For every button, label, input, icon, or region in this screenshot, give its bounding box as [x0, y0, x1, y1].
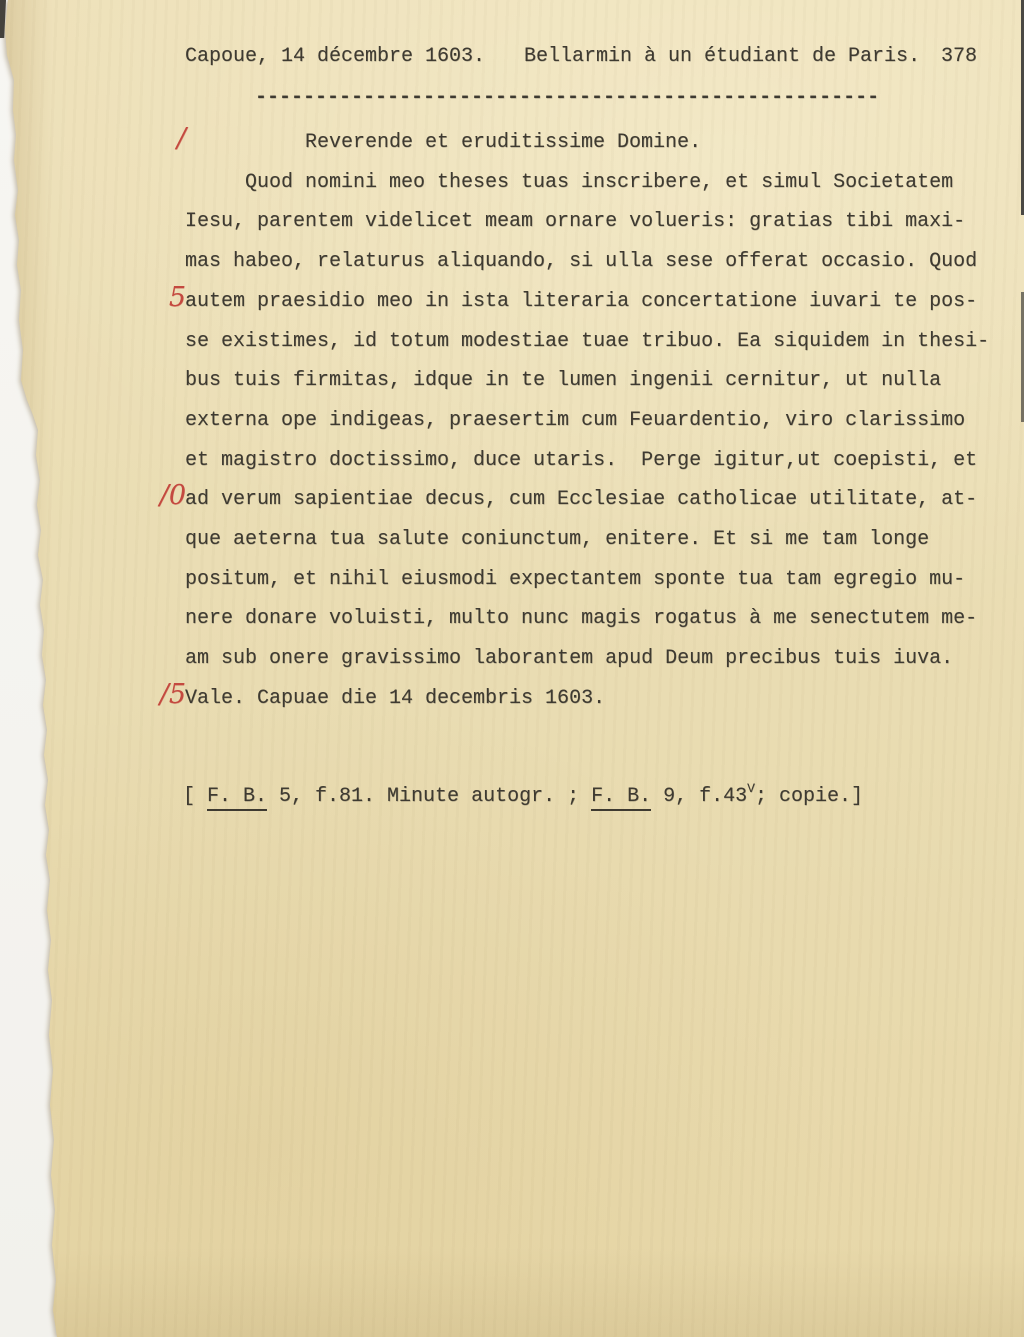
header-place-date: Capoue, 14 décembre 1603. [185, 42, 485, 72]
body-line: mas habeo, relaturus aliquando, si ulla … [185, 247, 1005, 277]
body-line: ad verum sapientiae decus, cum Ecclesiae… [185, 485, 1005, 515]
footer-reference: [ F. B. 5, f.81. Minute autogr. ; F. B. … [183, 774, 863, 812]
paper-wrap: Capoue, 14 décembre 1603. Bellarmin à un… [0, 0, 1024, 1337]
body-line: que aeterna tua salute coniunctum, enite… [185, 525, 1005, 555]
body-line: positum, et nihil eiusmodi expectantem s… [185, 565, 1005, 595]
footer-superscript: V [747, 781, 755, 796]
paper-sheet: Capoue, 14 décembre 1603. Bellarmin à un… [0, 0, 1024, 1337]
footer-archive-sigla: F. B. [591, 785, 651, 811]
body-line: Quod nomini meo theses tuas inscribere, … [185, 168, 1005, 198]
margin-line-number: /5 [128, 680, 186, 710]
body-line: se existimes, id totum modestiae tuae tr… [185, 327, 1005, 357]
footer-rule [352, 744, 830, 747]
body-line: Reverende et eruditissime Domine. [185, 128, 1005, 158]
body-line: nere donare voluisti, multo nunc magis r… [185, 604, 1005, 634]
header-title: Bellarmin à un étudiant de Paris. [524, 42, 920, 72]
scanned-document-page: Capoue, 14 décembre 1603. Bellarmin à un… [0, 0, 1024, 1337]
body-line: bus tuis firmitas, idque in te lumen ing… [185, 366, 1005, 396]
body-line: Vale. Capuae die 14 decembris 1603. [185, 684, 1005, 714]
footer-text: 5, f.81. Minute autogr. ; [267, 785, 591, 808]
footer-text: ; copie.] [755, 785, 863, 808]
body-line: et magistro doctissimo, duce utaris. Per… [185, 446, 1005, 476]
body-line: am sub onere gravissimo laborantem apud … [185, 644, 1005, 674]
body-line: autem praesidio meo in ista literaria co… [185, 287, 1005, 317]
body-line: Iesu, parentem videlicet meam ornare vol… [185, 207, 1005, 237]
body-line: externa ope indigeas, praesertim cum Feu… [185, 406, 1005, 436]
margin-line-number: 5 [128, 283, 186, 313]
footer-text: 9, f.43 [651, 785, 747, 808]
header-page-number: 378 [941, 42, 977, 72]
footer-text: [ [183, 785, 207, 808]
dashed-divider: ----------------------------------------… [255, 83, 879, 113]
margin-line-number: / [128, 124, 186, 154]
margin-line-number: /0 [128, 481, 186, 511]
footer-archive-sigla: F. B. [207, 785, 267, 811]
